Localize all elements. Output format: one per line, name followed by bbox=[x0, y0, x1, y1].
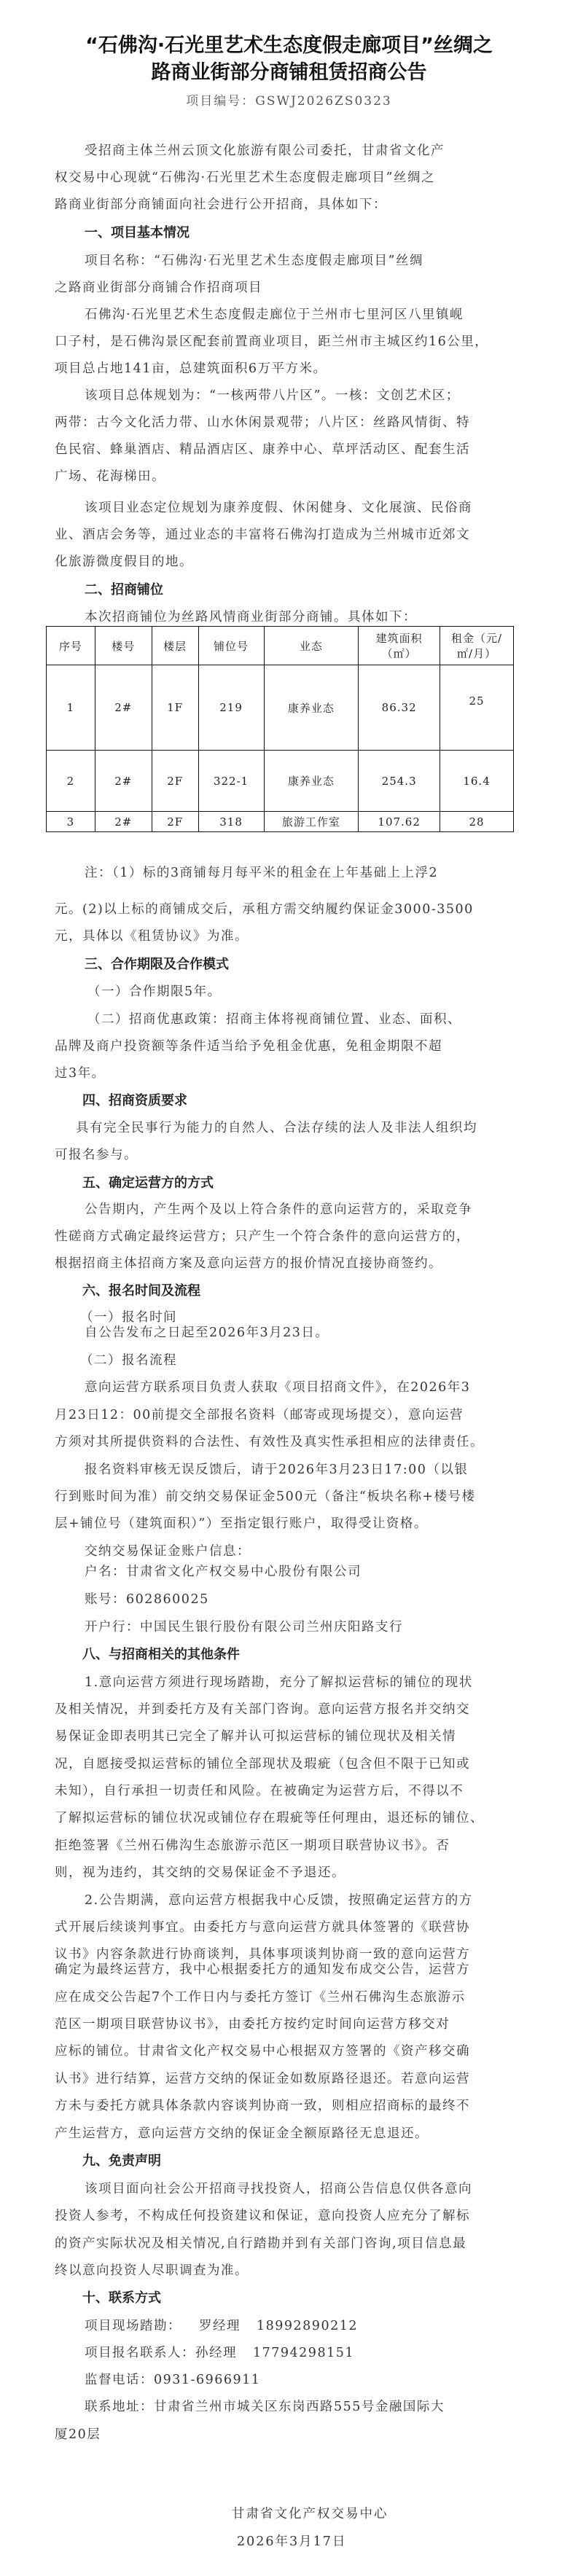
section8-line: 易保证金即表明其已完全了解并认可拟运营标的铺位现状及相关情 bbox=[55, 1729, 346, 1745]
contact-row-signup: 项目报名联系人：孙经理17794298151 bbox=[85, 2345, 376, 2361]
section6-line: 意向运营方联系项目负责人获取《项目招商文件》，在2026年3 bbox=[85, 1379, 376, 1395]
header-area-line-2: （㎡） bbox=[359, 646, 440, 661]
account-info-label: 交纳交易保证金账户信息： bbox=[85, 1543, 376, 1559]
cell-building: 2# bbox=[95, 751, 152, 812]
section4-line: 可报名参与。 bbox=[55, 1147, 346, 1163]
section-heading-9: 九、免责声明 bbox=[82, 2153, 161, 2169]
header-cell-type: 业态 bbox=[264, 627, 359, 665]
section8-line: 范区一期项目联营协议书》，由委托方按约定时间向运营方移交对 bbox=[55, 2016, 346, 2032]
section8-line: 应在成交公告起7个工作日内与委托方签订《兰州石佛沟生态旅游示 bbox=[55, 1989, 346, 2005]
section1-line: 该项目业态定位规划为康养度假、休闲健身、文化展演、民俗商 bbox=[85, 500, 376, 516]
cell-no: 1 bbox=[47, 665, 95, 751]
contact-address-line-1: 联系地址：甘肃省兰州市城关区东岗西路555号金融国际大 bbox=[85, 2399, 376, 2415]
section8-line: 1.意向运营方须进行现场踏勘，充分了解拟运营标的铺位的现状 bbox=[85, 1675, 376, 1691]
header-cell-area: 建筑面积 （㎡） bbox=[359, 627, 440, 665]
section3-line: （一）合作期限5年。 bbox=[87, 984, 379, 1000]
cell-building: 2# bbox=[95, 812, 152, 832]
section-heading-3: 三、合作期限及合作模式 bbox=[85, 957, 229, 973]
section8-line: 未知），自行承担一切责任和风险。在被确定为运营方后，不得以不 bbox=[55, 1783, 346, 1799]
section-heading-5: 五、确定运营方的方式 bbox=[82, 1175, 214, 1191]
section-heading-6: 六、报名时间及流程 bbox=[82, 1283, 200, 1299]
section8-line: 应标的铺位。甘肃省文化产权交易中心根据双方签署的《资产移交确 bbox=[55, 2043, 346, 2059]
section8-line: 方未与委托方就具体条款内容谈判协商一致，则相应招商标的最终不 bbox=[55, 2098, 346, 2114]
section1-line: 业、酒店会务等，通过业态的丰富将石佛沟打造成为兰州城市近郊文 bbox=[55, 527, 346, 543]
header-cell-building: 楼号 bbox=[95, 627, 152, 665]
table-note-line: 注：（1）标的3商铺每月每平米的租金在上年基础上上浮2 bbox=[85, 865, 376, 881]
cell-area: 254.3 bbox=[359, 751, 440, 812]
section1-line: 之路商业街部分商铺合作招商项目 bbox=[55, 280, 346, 296]
header-rent-line-1: 租金（元/ bbox=[440, 630, 513, 646]
cell-floor: 2F bbox=[152, 812, 198, 832]
section1-line: 该项目总体规划为：“一核两带八片区”。一核：文创艺术区； bbox=[85, 388, 376, 404]
contact-label: 项目报名联系人： bbox=[85, 2346, 195, 2360]
section-heading-2: 二、招商铺位 bbox=[85, 582, 163, 598]
account-number: 账号：602860025 bbox=[85, 1592, 376, 1608]
cell-type: 旅游工作室 bbox=[264, 812, 359, 832]
section-heading-8: 八、与招商相关的其他条件 bbox=[82, 1647, 240, 1663]
project-number: 项目编号：GSWJ2026ZS0323 bbox=[0, 90, 578, 109]
section9-line: 的资产实际状况及相关情况,自行踏勘并到有关部门咨询,项目信息最 bbox=[55, 2236, 346, 2252]
cell-type: 康养业态 bbox=[264, 665, 359, 751]
cell-building: 2# bbox=[95, 665, 152, 751]
cell-area: 107.62 bbox=[359, 812, 440, 832]
section8-line: 认书》进行结算，运营方交纳的保证金如数原路径退还。若意向运营 bbox=[55, 2071, 346, 2087]
table-header-row: 序号 楼号 楼层 铺位号 业态 建筑面积 （㎡） 租金（元/ ㎡/月） bbox=[47, 627, 514, 665]
section8-line: 议书》内容条款进行协商谈判，具体事项谈判协商一致的意向运营方 bbox=[55, 1946, 346, 1962]
signup-time-title: （一）报名时间 bbox=[80, 1309, 372, 1326]
section9-line: 终以意向投资人尽职调查为准。 bbox=[55, 2263, 346, 2279]
header-cell-rent: 租金（元/ ㎡/月） bbox=[440, 627, 514, 665]
section1-line: 项目名称：“石佛沟·石光里艺术生态度假走廊项目”丝绸 bbox=[85, 253, 376, 269]
cell-rent: 28 bbox=[440, 812, 514, 832]
section1-line: 项目总占地141亩，总建筑面积6万平方米。 bbox=[55, 361, 346, 377]
cell-type: 康养业态 bbox=[264, 751, 359, 812]
section5-line: 性磋商方式确定最终运营方；只产生一个符合条件的意向运营方的， bbox=[55, 1229, 346, 1245]
signature-date: 2026年3月17日 bbox=[237, 2532, 346, 2550]
cell-no: 2 bbox=[47, 751, 95, 812]
section5-line: 根据招商主体招商方案及意向运营方的报价情况直接协商签约。 bbox=[55, 1256, 346, 1272]
section-heading-4: 四、招商资质要求 bbox=[82, 1093, 187, 1109]
header-cell-shop: 铺位号 bbox=[198, 627, 264, 665]
section3-line: 过3年。 bbox=[55, 1065, 346, 1081]
cell-shop: 318 bbox=[198, 812, 264, 832]
table-row: 1 2# 1F 219 康养业态 86.32 25 bbox=[47, 665, 514, 751]
section8-line: 式开展后续谈判事宜。由委托方与意向运营方就具体签署的《联营协 bbox=[55, 1919, 346, 1935]
section1-line: 两带：古今文化活力带、山水休闲景观带；八片区：丝路风情街、特 bbox=[55, 415, 346, 431]
table-note-line: 元，具体以《租赁协议》为准。 bbox=[55, 928, 346, 944]
signature-org: 甘肃省文化产权交易中心 bbox=[232, 2504, 388, 2522]
section6-line: 报名资料审核无误反馈后，请于2026年3月23日17:00（以银 bbox=[85, 1462, 376, 1478]
section4-line: 具有完全民事行为能力的自然人、合法存续的法人及非法人组织均 bbox=[76, 1120, 367, 1136]
cell-floor: 1F bbox=[152, 665, 198, 751]
section8-line: 及相关情况，并到委托方及有关部门咨询。意向运营方报名并交纳交 bbox=[55, 1702, 346, 1718]
section8-line: 则，视为违约，其交纳的交易保证金不予退还。 bbox=[55, 1865, 346, 1881]
cell-rent: 25 bbox=[440, 665, 514, 751]
section2-intro: 本次招商铺位为丝路风情商业街部分商铺。具体如下： bbox=[85, 609, 376, 625]
section6-line: 层+铺位号（建筑面积）”）至指定银行账户，取得受让资格。 bbox=[55, 1516, 346, 1532]
signup-time-text: 自公告发布之日起至2026年3月23日。 bbox=[85, 1325, 376, 1341]
header-cell-floor: 楼层 bbox=[152, 627, 198, 665]
section-heading-10: 十、联系方式 bbox=[82, 2290, 161, 2306]
section9-line: 该项目面向社会公开招商寻找投资人，招商公告信息仅供各意向 bbox=[85, 2181, 376, 2197]
document-title-line-2: 路商业街部分商铺租赁招商公告 bbox=[0, 57, 578, 89]
section3-line: （二）招商优惠政策：招商主体将视商铺位置、业态、面积、 bbox=[87, 1011, 379, 1027]
section6-line: 方须对其所提供资料的合法性、有效性及真实性承担相应的法律责任。 bbox=[55, 1434, 346, 1450]
announcement-page: “石佛沟·石光里艺术生态度假走廊项目”丝绸之 路商业街部分商铺租赁招商公告 项目… bbox=[0, 0, 578, 2576]
section6-line: 月23日12：00前提交全部报名资料（邮寄或现场提交），意向运营 bbox=[55, 1407, 346, 1423]
intro-line: 受招商主体兰州云顶文化旅游有限公司委托，甘肃省文化产 bbox=[85, 143, 376, 159]
table-row: 2 2# 2F 322-1 康养业态 254.3 16.4 bbox=[47, 751, 514, 812]
section1-line: 广场、花海梯田。 bbox=[55, 469, 346, 485]
section8-line: 况，自愿接受拟运营标的铺位全部现状及瑕疵（包含但不限于已知或 bbox=[55, 1756, 346, 1772]
cell-shop: 219 bbox=[198, 665, 264, 751]
cell-floor: 2F bbox=[152, 751, 198, 812]
table-row: 3 2# 2F 318 旅游工作室 107.62 28 bbox=[47, 812, 514, 832]
cell-shop: 322-1 bbox=[198, 751, 264, 812]
contact-address-line-2: 厦20层 bbox=[55, 2427, 346, 2443]
contact-phone: 17794298151 bbox=[253, 2346, 354, 2360]
contact-name: 罗经理 bbox=[199, 2319, 241, 2333]
signup-process-title: （二）报名流程 bbox=[80, 1352, 372, 1369]
section1-line: 化旅游微度假目的地。 bbox=[55, 554, 346, 570]
section1-line: 石佛沟·石光里艺术生态度假走廊位于兰州市七里河区八里镇岘 bbox=[85, 307, 376, 323]
contact-label: 项目现场踏勘： bbox=[85, 2319, 181, 2333]
header-cell-no: 序号 bbox=[47, 627, 95, 665]
header-area-line-1: 建筑面积 bbox=[359, 630, 440, 646]
section8-line: 确定为最终运营方，我中心根据委托方的通知发布成交公告，运营方 bbox=[55, 1962, 346, 1978]
cell-area: 86.32 bbox=[359, 665, 440, 751]
supervision-phone: 监督电话：0931-6966911 bbox=[85, 2372, 376, 2388]
contact-name: 孙经理 bbox=[195, 2346, 237, 2360]
section9-line: 投资人参考，不构成任何投资建议和保证，意向投资人应充分了解标 bbox=[55, 2208, 346, 2224]
section8-line: 产生运营方，意向运营方交纳的保证金全额原路径无息退还。 bbox=[55, 2126, 346, 2142]
section5-line: 公告期内，产生两个及以上符合条件的意向运营方的，采取竞争 bbox=[85, 1202, 376, 1218]
section3-line: 品牌及商户投资额等条件适当给予免租金优惠，免租金期限不超 bbox=[55, 1038, 346, 1054]
table-note-line: 元。(2)以上标的商铺成交后，承租方需交纳履约保证金3000-3500 bbox=[55, 901, 346, 917]
header-rent-line-2: ㎡/月） bbox=[440, 646, 513, 661]
account-name: 户名：甘肃省文化产权交易中心股份有限公司 bbox=[85, 1564, 376, 1580]
contact-phone: 18992890212 bbox=[257, 2319, 358, 2333]
section1-line: 色民宿、蜂巢酒店、精品酒店区、康养中心、草坪活动区、配套生活 bbox=[55, 442, 346, 458]
intro-line: 权交易中心现就“石佛沟·石光里艺术生态度假走廊项目”丝绸之 bbox=[55, 170, 346, 186]
section8-line: 2.公告期满，意向运营方根据我中心反馈，按照确定运营方的方 bbox=[85, 1892, 376, 1908]
contact-row-site-visit: 项目现场踏勘：罗经理18992890212 bbox=[85, 2318, 376, 2334]
section8-line: 拒绝签署《兰州石佛沟生态旅游示范区一期项目联营协议书》。否 bbox=[55, 1838, 346, 1854]
account-bank: 开户行：中国民生银行股份有限公司兰州庆阳路支行 bbox=[85, 1619, 376, 1635]
section6-line: 行到账时间为准）前交纳交易保证金500元（备注“板块名称+楼号楼 bbox=[55, 1489, 346, 1505]
intro-line: 路商业街部分商铺面向社会进行公开招商，具体如下： bbox=[55, 197, 346, 213]
cell-no: 3 bbox=[47, 812, 95, 832]
section-heading-1: 一、项目基本情况 bbox=[85, 225, 190, 241]
section8-line: 了解拟运营标的铺位状况或铺位存在瑕疵等任何理由，退还标的铺位、 bbox=[55, 1810, 346, 1826]
cell-rent: 16.4 bbox=[440, 751, 514, 812]
shops-table: 序号 楼号 楼层 铺位号 业态 建筑面积 （㎡） 租金（元/ ㎡/月） 1 2#… bbox=[46, 626, 514, 832]
section1-line: 口子村，是石佛沟景区配套前置商业项目，距兰州市主城区约16公里， bbox=[55, 334, 346, 350]
